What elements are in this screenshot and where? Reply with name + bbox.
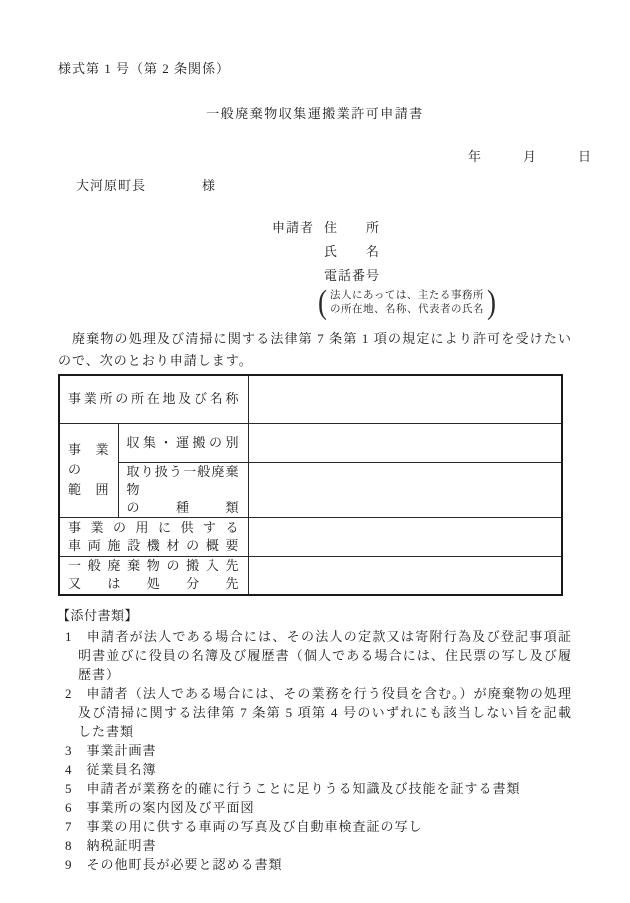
table-row-vehicles: 事業の用に供する 車両施設機材の概要 [59, 517, 562, 556]
attachment-item-3-text: 事業計画書 [87, 743, 157, 758]
date-day-label: 日 [578, 149, 592, 164]
table-row-waste-type: 取り扱う一般廃棄物 の種類 [59, 462, 562, 517]
attachment-item-7-text: 事業の用に供する車両の写真及び自動車検査証の写し [87, 819, 423, 834]
addressee-line: 大河原町長様 [76, 175, 630, 194]
destination-label-line-1: 一般廃棄物の搬入先 [68, 557, 240, 575]
attachment-item-4-number: 4 [65, 762, 73, 777]
attachment-item-1: 1申請者が法人である場合には、その法人の定款又は寄附行為及び登記事項証明書並びに… [65, 627, 572, 684]
destination-label-line-2: 又は処分先 [68, 575, 240, 593]
left-paren-icon: ( [318, 286, 327, 320]
corporate-note-text: 法人にあっては、主たる事務所 の所在地、名称、代表者の氏名 [327, 289, 487, 316]
waste-type-label-line-1: 取り扱う一般廃棄物 [127, 463, 240, 499]
office-location-value-cell [248, 375, 562, 423]
address-field-label: 住 所 [324, 220, 380, 235]
attachment-item-5-number: 5 [65, 781, 73, 796]
document-page: 様式第 1 号（第 2 条関係） 一般廃棄物収集運搬業許可申請書 年月日 大河原… [0, 0, 630, 903]
business-scope-label-line-1: 事業の [68, 440, 110, 480]
collection-type-value-cell [248, 423, 562, 462]
table-row-office: 事業所の所在地及び名称 [59, 375, 562, 423]
business-scope-label-line-2: 範囲 [68, 480, 110, 500]
attachments-heading: 【添付書類】 [57, 605, 630, 624]
collection-type-label-cell: 収集・運搬の別 [118, 423, 248, 462]
collection-type-label: 収集・運搬の別 [127, 434, 240, 452]
attachment-item-1-number: 1 [65, 629, 73, 644]
attachment-item-4-text: 従業員名簿 [87, 762, 157, 777]
attachment-item-8: 8納税証明書 [65, 836, 572, 855]
attachment-item-6: 6事業所の案内図及び平面図 [65, 798, 572, 817]
corporate-note-line-1: 法人にあっては、主たる事務所 [330, 289, 484, 303]
date-month-label: 月 [523, 149, 537, 164]
attachment-item-5: 5申請者が業務を的確に行うことに足りうる知識及び技能を証する書類 [65, 779, 572, 798]
date-line: 年月日 [0, 146, 592, 165]
attachment-item-4: 4従業員名簿 [65, 760, 572, 779]
intro-paragraph: 廃棄物の処理及び清掃に関する法律第 7 条第 1 項の規定により許可を受けたいの… [58, 328, 572, 372]
attachment-item-5-text: 申請者が業務を的確に行うことに足りうる知識及び技能を証する書類 [87, 781, 521, 796]
business-scope-group-cell: 事業の 範囲 [59, 423, 118, 517]
waste-type-label-line-2: の種類 [127, 499, 240, 517]
vehicles-label-line-1: 事業の用に供する [68, 519, 240, 537]
applicant-name-line: 氏 名 [324, 240, 630, 264]
waste-type-value-cell [248, 462, 562, 517]
attachment-item-9-text: その他町長が必要と認める書類 [87, 857, 283, 872]
vehicles-label-line-2: 車両施設機材の概要 [68, 537, 240, 555]
attachment-item-9-number: 9 [65, 857, 73, 872]
form-number: 様式第 1 号（第 2 条関係） [58, 0, 630, 77]
applicant-label: 申請者 [272, 220, 314, 235]
attachment-item-1-text: 申請者が法人である場合には、その法人の定款又は寄附行為及び登記事項証明書並びに役… [78, 629, 572, 682]
attachment-item-6-text: 事業所の案内図及び平面図 [87, 800, 255, 815]
attachment-item-8-number: 8 [65, 838, 73, 853]
addressee-name: 大河原町長 [76, 178, 146, 193]
office-location-label-cell: 事業所の所在地及び名称 [59, 375, 248, 423]
application-table: 事業所の所在地及び名称 事業の 範囲 収集・運搬の別 取り扱う一般廃棄物 の種類… [58, 374, 563, 596]
applicant-block: 申請者住 所 氏 名 電話番号 ( 法人にあっては、主たる事務所 の所在地、名称… [272, 216, 630, 316]
vehicles-label-cell: 事業の用に供する 車両施設機材の概要 [59, 517, 248, 556]
attachment-item-8-text: 納税証明書 [87, 838, 157, 853]
attachment-item-2: 2申請者（法人である場合には、その業務を行う役員を含む。）が廃棄物の処理及び清掃… [65, 684, 572, 741]
date-year-label: 年 [468, 149, 482, 164]
attachment-item-7: 7事業の用に供する車両の写真及び自動車検査証の写し [65, 817, 572, 836]
right-paren-icon: ) [487, 286, 496, 320]
attachment-item-3: 3事業計画書 [65, 741, 572, 760]
destination-label-cell: 一般廃棄物の搬入先 又は処分先 [59, 556, 248, 595]
attachment-item-6-number: 6 [65, 800, 73, 815]
office-location-label: 事業所の所在地及び名称 [68, 390, 240, 408]
attachment-item-7-number: 7 [65, 819, 73, 834]
page-title: 一般廃棄物収集運搬業許可申請書 [0, 103, 630, 122]
attachment-item-9: 9その他町長が必要と認める書類 [65, 855, 572, 874]
attachment-item-2-text: 申請者（法人である場合には、その業務を行う役員を含む。）が廃棄物の処理及び清掃に… [78, 686, 572, 739]
corporate-note: ( 法人にあっては、主たる事務所 の所在地、名称、代表者の氏名 ) [318, 289, 496, 316]
table-row-destination: 一般廃棄物の搬入先 又は処分先 [59, 556, 562, 595]
destination-value-cell [248, 556, 562, 595]
vehicles-value-cell [248, 517, 562, 556]
attachment-item-2-number: 2 [65, 686, 73, 701]
attachments-list: 1申請者が法人である場合には、その法人の定款又は寄附行為及び登記事項証明書並びに… [65, 627, 572, 874]
attachment-item-3-number: 3 [65, 743, 73, 758]
waste-type-label-cell: 取り扱う一般廃棄物 の種類 [118, 462, 248, 517]
corporate-note-line-2: の所在地、名称、代表者の氏名 [330, 303, 484, 317]
addressee-honorific: 様 [202, 178, 216, 193]
applicant-address-line: 申請者住 所 [272, 216, 630, 240]
table-row-collection-type: 事業の 範囲 収集・運搬の別 [59, 423, 562, 462]
applicant-phone-line: 電話番号 [324, 264, 630, 288]
